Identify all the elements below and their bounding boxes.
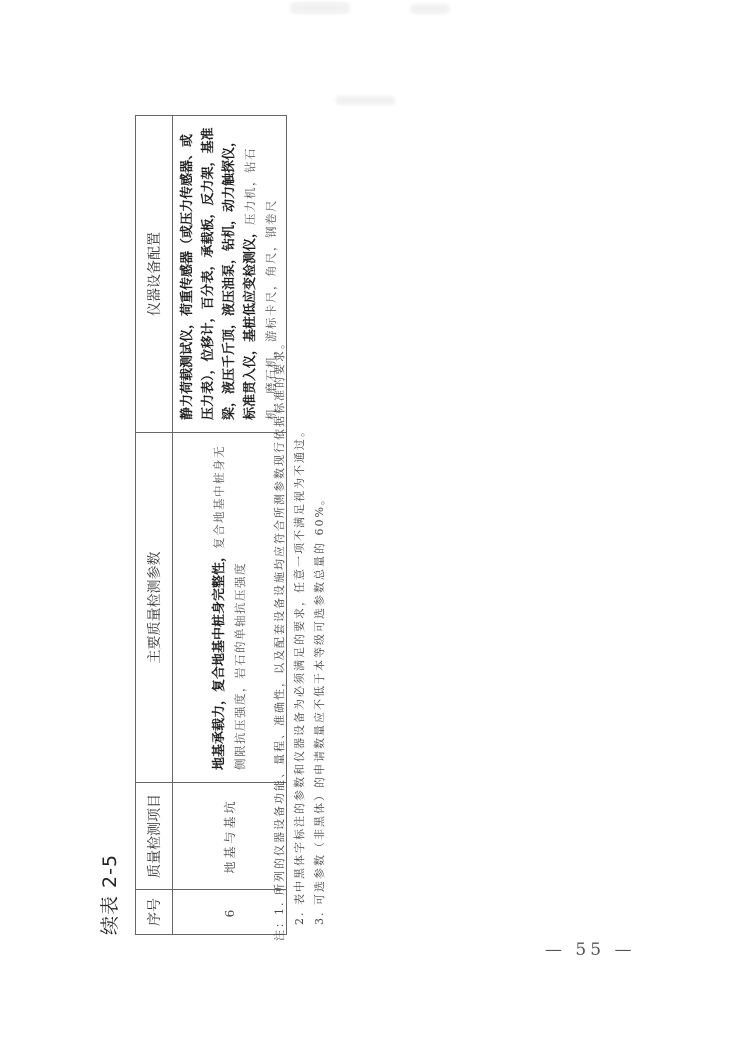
note-line-1: 注：1. 所列的仪器设备功能、量程、准确性，以及配套设备设施均应符合所测参数现行… <box>270 241 290 941</box>
header-main-parameters: 主要质量检测参数 <box>136 433 173 783</box>
required-parameters: 地基承载力，复合地基中桩身完整性， <box>212 549 227 770</box>
table-title: 续表 2-5 <box>95 854 122 935</box>
header-index: 序号 <box>136 890 173 935</box>
quality-testing-table: 序号 质量检测项目 主要质量检测参数 仪器设备配置 6 地基与基坑 地基承载力，… <box>135 115 287 935</box>
header-test-item: 质量检测项目 <box>136 783 173 890</box>
table-header-row: 序号 质量检测项目 主要质量检测参数 仪器设备配置 <box>136 116 173 935</box>
page-dash-right: — <box>614 940 635 960</box>
note-item-1: 1. 所列的仪器设备功能、量程、准确性，以及配套设备设施均应符合所测参数现行依据… <box>273 336 286 915</box>
note-line-2: 2. 表中黑体字标注的参数和仪器设备为必须满足的要求，任意一项不满足视为不通过。 <box>290 241 310 941</box>
note-item-3: 3. 可选参数（非黑体）的申请数量应不低于本等级可选参数总量的 60%。 <box>313 492 326 925</box>
rotated-page: 续表 2-5 序号 质量检测项目 主要质量检测参数 仪器设备配置 6 地基与基坑… <box>0 0 730 1038</box>
page-dash-left: — <box>545 940 566 960</box>
page-number-value: 55 <box>575 940 605 960</box>
note-item-2: 2. 表中黑体字标注的参数和仪器设备为必须满足的要求，任意一项不满足视为不通过。 <box>293 424 306 925</box>
header-instrument-config: 仪器设备配置 <box>136 116 173 433</box>
table-notes: 注：1. 所列的仪器设备功能、量程、准确性，以及配套设备设施均应符合所测参数现行… <box>270 241 330 941</box>
page-number: — 55 — <box>545 940 635 960</box>
note-label: 注： <box>273 915 286 941</box>
note-line-3: 3. 可选参数（非黑体）的申请数量应不低于本等级可选参数总量的 60%。 <box>310 241 330 941</box>
